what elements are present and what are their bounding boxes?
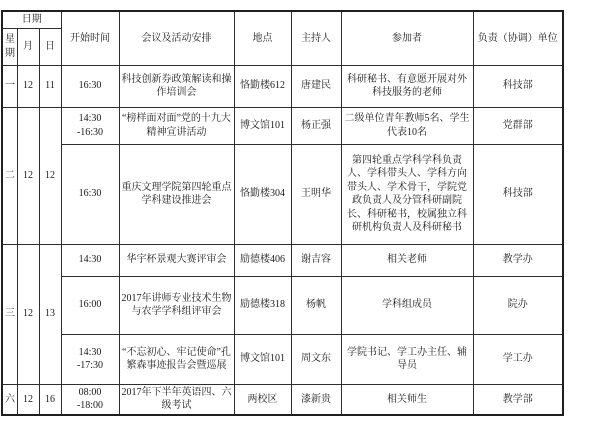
unit-cell: 学工办 bbox=[473, 334, 563, 384]
event-cell: “榜样面对面”党的十九大精神宣讲活动 bbox=[119, 107, 234, 144]
weekday-cell: 二 bbox=[2, 107, 17, 244]
event-cell: “不忘初心、牢记使命”孔繁森事迹报告会暨巡展 bbox=[119, 334, 234, 384]
event-cell: 2017年下半年英语四、六级考试 bbox=[119, 384, 234, 415]
header-weekday: 星期 bbox=[2, 28, 17, 65]
header-participants: 参加者 bbox=[341, 11, 473, 65]
event-cell: 重庆文理学院第四轮重点学科建设推进会 bbox=[119, 144, 234, 244]
participants-cell: 学院书记、学工办主任、辅导员 bbox=[341, 334, 473, 384]
header-location: 地点 bbox=[234, 11, 291, 65]
time-cell: 14:30 -17:30 bbox=[61, 334, 119, 384]
host-cell: 王明华 bbox=[291, 144, 341, 244]
unit-cell: 科技部 bbox=[473, 144, 563, 244]
day-cell: 12 bbox=[39, 107, 61, 244]
table-row: 六 12 16 08:00 -18:00 2017年下半年英语四、六级考试 两校… bbox=[2, 384, 563, 415]
host-cell: 杨帆 bbox=[291, 276, 341, 334]
host-cell: 唐建民 bbox=[291, 65, 341, 107]
unit-cell: 院办 bbox=[473, 276, 563, 334]
schedule-table: 日期 开始时间 会议及活动安排 地点 主持人 参加者 负责（协调）单位 星期 月… bbox=[1, 10, 564, 416]
unit-cell: 教学办 bbox=[473, 244, 563, 276]
unit-cell: 教学部 bbox=[473, 384, 563, 415]
host-cell: 漆新贵 bbox=[291, 384, 341, 415]
header-day: 日 bbox=[39, 28, 61, 65]
unit-cell: 科技部 bbox=[473, 65, 563, 107]
header-month: 月 bbox=[17, 28, 39, 65]
weekday-cell: 六 bbox=[2, 384, 17, 415]
location-cell: 恪勤楼612 bbox=[234, 65, 291, 107]
time-cell: 16:30 bbox=[61, 65, 119, 107]
time-cell: 14:30 -16:30 bbox=[61, 107, 119, 144]
participants-cell: 相关师生 bbox=[341, 384, 473, 415]
header-date-group: 日期 bbox=[2, 11, 61, 28]
location-cell: 励德楼406 bbox=[234, 244, 291, 276]
weekday-cell: 一 bbox=[2, 65, 17, 107]
day-cell: 11 bbox=[39, 65, 61, 107]
table-row: 16:00 2017年讲师专业技术生物与农学学科组评审会 励德楼318 杨帆 学… bbox=[2, 276, 563, 334]
participants-cell: 学科组成员 bbox=[341, 276, 473, 334]
location-cell: 两校区 bbox=[234, 384, 291, 415]
location-cell: 励德楼318 bbox=[234, 276, 291, 334]
participants-cell: 第四轮重点学科学科负责人、学科带头人、学科方向带头人、学术骨干，学院党政负责人及… bbox=[341, 144, 473, 244]
participants-cell: 相关老师 bbox=[341, 244, 473, 276]
header-start-time: 开始时间 bbox=[61, 11, 119, 65]
event-cell: 科技创新券政策解读和操作培训会 bbox=[119, 65, 234, 107]
header-event: 会议及活动安排 bbox=[119, 11, 234, 65]
time-cell: 16:00 bbox=[61, 276, 119, 334]
host-cell: 谢吉容 bbox=[291, 244, 341, 276]
table-row: 14:30 -17:30 “不忘初心、牢记使命”孔繁森事迹报告会暨巡展 博文馆1… bbox=[2, 334, 563, 384]
table-row: 16:30 重庆文理学院第四轮重点学科建设推进会 恪勤楼304 王明华 第四轮重… bbox=[2, 144, 563, 244]
time-cell: 16:30 bbox=[61, 144, 119, 244]
location-cell: 博文馆101 bbox=[234, 334, 291, 384]
participants-cell: 科研秘书、有意愿开展对外科技服务的老师 bbox=[341, 65, 473, 107]
table-row: 二 12 12 14:30 -16:30 “榜样面对面”党的十九大精神宣讲活动 … bbox=[2, 107, 563, 144]
host-cell: 周文东 bbox=[291, 334, 341, 384]
day-cell: 16 bbox=[39, 384, 61, 415]
location-cell: 博文馆101 bbox=[234, 107, 291, 144]
month-cell: 12 bbox=[17, 384, 39, 415]
host-cell: 杨正强 bbox=[291, 107, 341, 144]
event-cell: 2017年讲师专业技术生物与农学学科组评审会 bbox=[119, 276, 234, 334]
month-cell: 12 bbox=[17, 65, 39, 107]
time-cell: 14:30 bbox=[61, 244, 119, 276]
participants-cell: 二级单位青年教师5名、学生代表10名 bbox=[341, 107, 473, 144]
header-unit: 负责（协调）单位 bbox=[473, 11, 563, 65]
location-cell: 恪勤楼304 bbox=[234, 144, 291, 244]
month-cell: 12 bbox=[17, 244, 39, 384]
table-row: 三 12 13 14:30 华宇杯景观大赛评审会 励德楼406 谢吉容 相关老师… bbox=[2, 244, 563, 276]
table-row: 一 12 11 16:30 科技创新券政策解读和操作培训会 恪勤楼612 唐建民… bbox=[2, 65, 563, 107]
time-cell: 08:00 -18:00 bbox=[61, 384, 119, 415]
day-cell: 13 bbox=[39, 244, 61, 384]
weekday-cell: 三 bbox=[2, 244, 17, 384]
event-cell: 华宇杯景观大赛评审会 bbox=[119, 244, 234, 276]
header-host: 主持人 bbox=[291, 11, 341, 65]
month-cell: 12 bbox=[17, 107, 39, 244]
unit-cell: 党群部 bbox=[473, 107, 563, 144]
